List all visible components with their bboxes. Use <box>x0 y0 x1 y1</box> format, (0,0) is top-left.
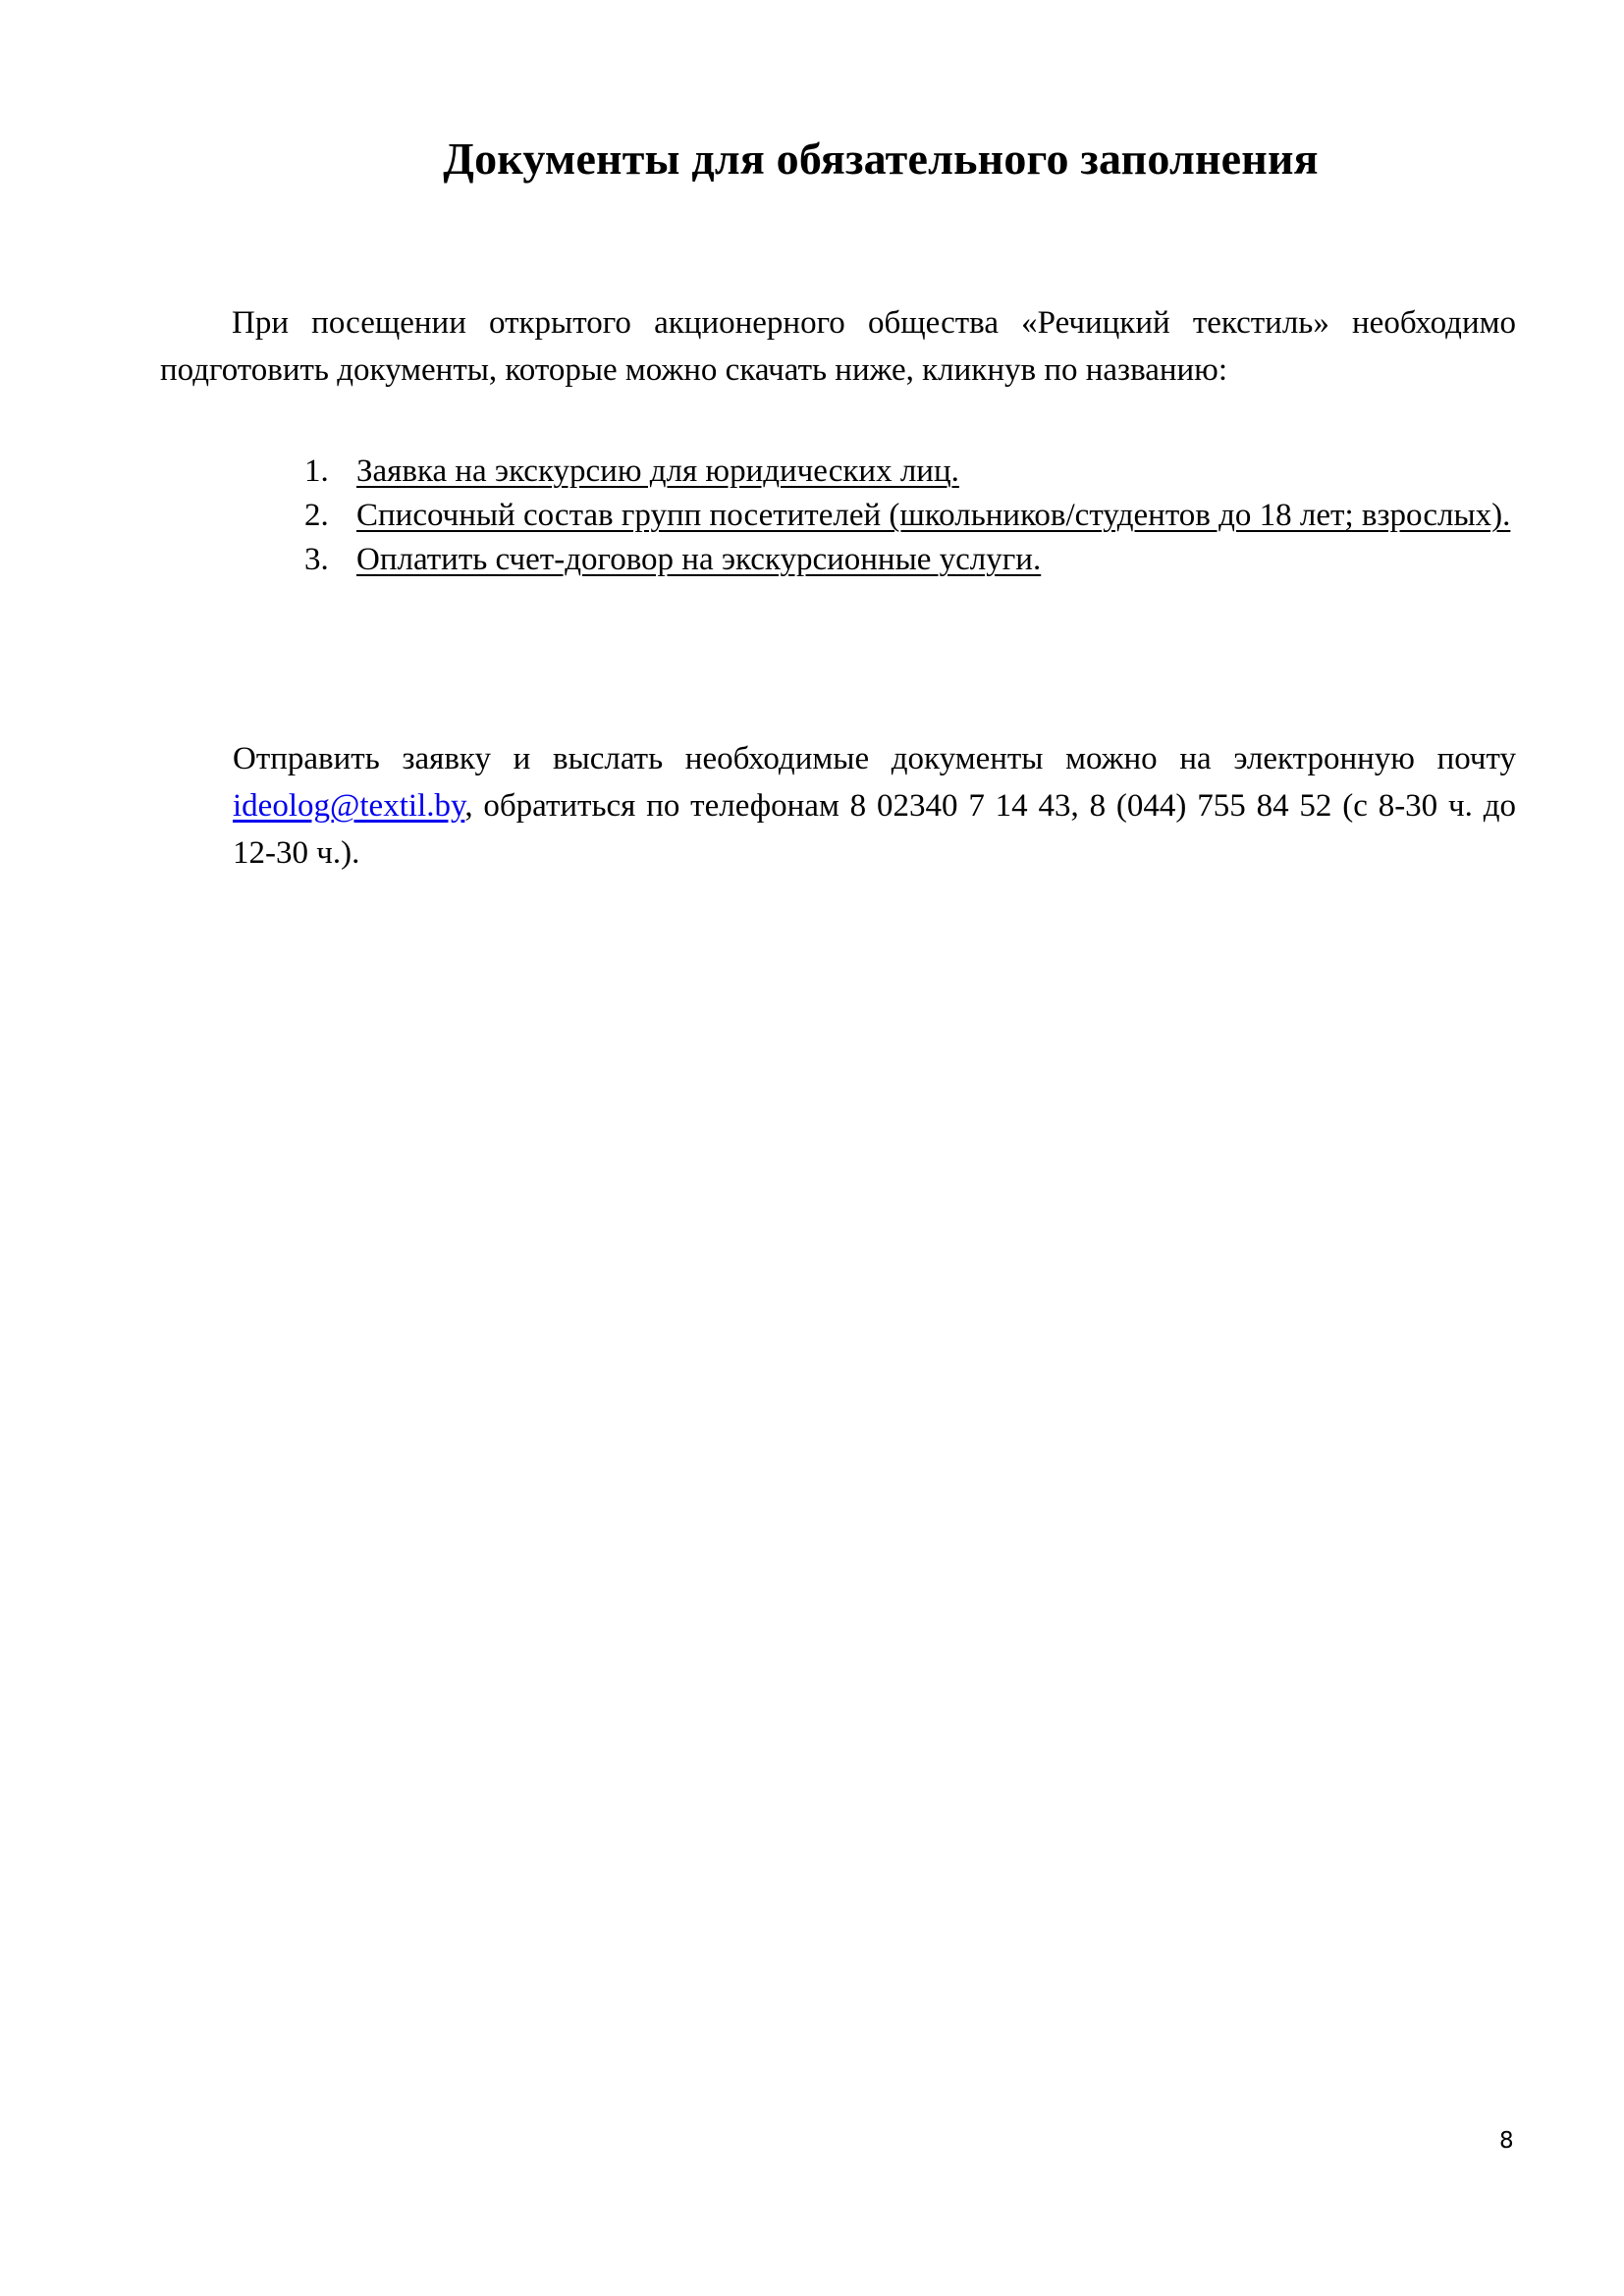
contact-text-before: Отправить заявку и выслать необходимые д… <box>233 741 1516 776</box>
documents-list: 1. Заявка на экскурсию для юридических л… <box>304 450 1516 582</box>
page-title: Документы для обязательного заполнения <box>0 130 1624 188</box>
list-number: 2. <box>304 494 329 538</box>
list-item: 3. Оплатить счет-договор на экскурсионны… <box>304 538 1516 582</box>
list-number: 3. <box>304 538 329 582</box>
document-link-excursion-request[interactable]: Заявка на экскурсию для юридических лиц. <box>356 454 959 489</box>
contact-paragraph: Отправить заявку и выслать необходимые д… <box>233 735 1516 877</box>
intro-paragraph: При посещении открытого акционерного общ… <box>160 299 1516 394</box>
list-item: 1. Заявка на экскурсию для юридических л… <box>304 450 1516 494</box>
list-number: 1. <box>304 450 329 494</box>
page-number: 8 <box>1499 2128 1514 2154</box>
document-link-invoice-contract[interactable]: Оплатить счет-договор на экскурсионные у… <box>356 542 1041 577</box>
email-link[interactable]: ideolog@textil.by <box>233 788 464 824</box>
document-link-visitor-list[interactable]: Списочный состав групп посетителей (школ… <box>356 498 1510 533</box>
list-item: 2. Списочный состав групп посетителей (ш… <box>304 494 1516 538</box>
